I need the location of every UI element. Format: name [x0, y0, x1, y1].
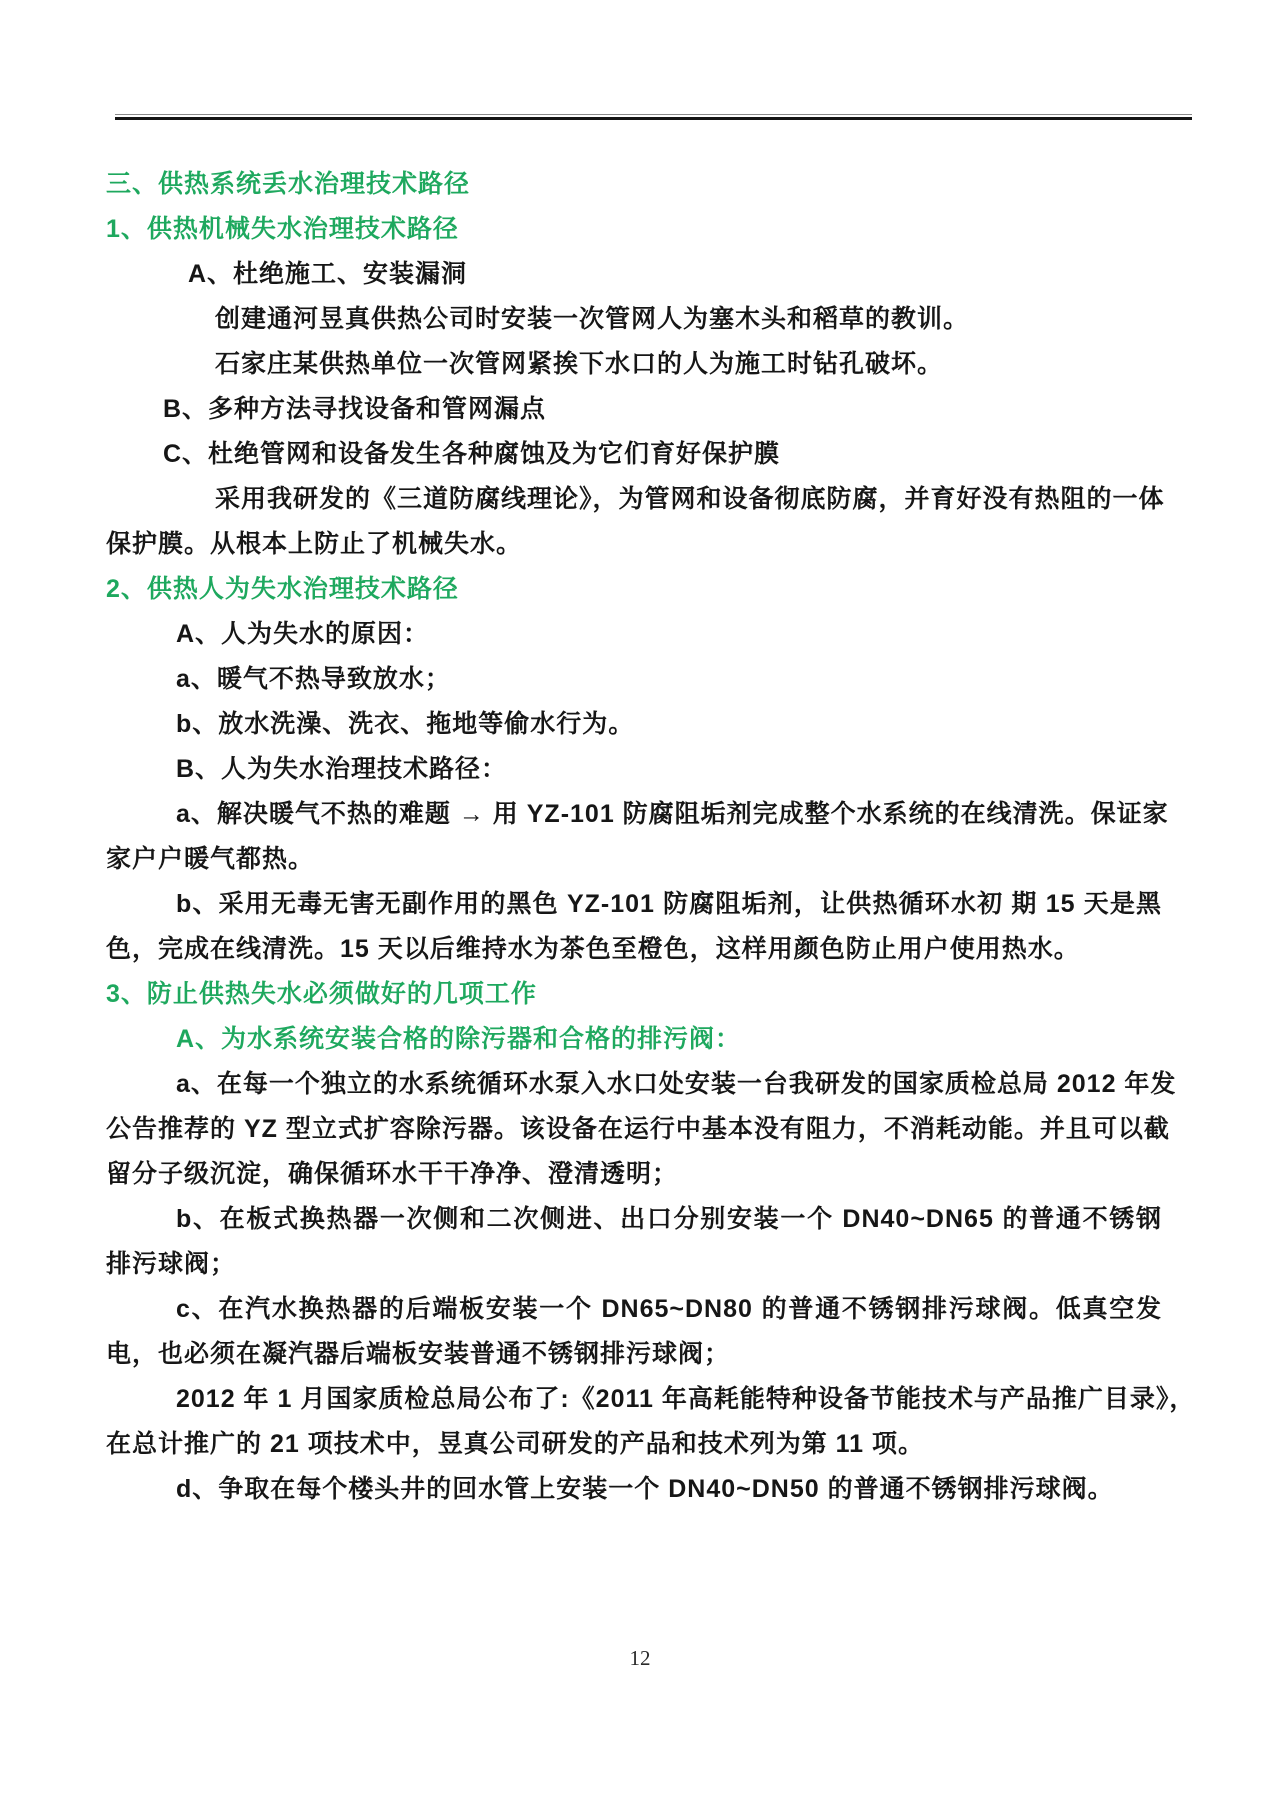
text-line: 采用我研发的《三道防腐线理论》，为管网和设备彻底防腐，并育好没有热阻的一体 — [215, 477, 1162, 522]
document-page: 三、供热系统丢水治理技术路径1、供热机械失水治理技术路径A、杜绝施工、安装漏洞创… — [0, 0, 1280, 1810]
text-line: A、人为失水的原因： — [176, 612, 429, 657]
text-line: 2012 年 1 月国家质检总局公布了:《2011 年高耗能特种设备节能技术与产… — [176, 1377, 1162, 1422]
text-line: 2、供热人为失水治理技术路径 — [106, 567, 459, 612]
text-line: a、在每一个独立的水系统循环水泵入水口处安装一台我研发的国家质检总局 2012 … — [176, 1062, 1162, 1107]
text-line: b、在板式换热器一次侧和二次侧进、出口分别安装一个 DN40~DN65 的普通不… — [176, 1197, 1162, 1242]
text-line: 家户户暖气都热。 — [106, 837, 314, 882]
text-line: 公告推荐的 YZ 型立式扩容除污器。该设备在运行中基本没有阻力，不消耗动能。并且… — [106, 1107, 1162, 1152]
text-line: 色，完成在线清洗。15 天以后维持水为茶色至橙色，这样用颜色防止用户使用热水。 — [106, 927, 1080, 972]
text-line: c、在汽水换热器的后端板安装一个 DN65~DN80 的普通不锈钢排污球阀。低真… — [176, 1287, 1162, 1332]
text-line: 在总计推广的 21 项技术中，昱真公司研发的产品和技术列为第 11 项。 — [106, 1422, 924, 1467]
text-line: A、杜绝施工、安装漏洞 — [188, 252, 467, 297]
text-line: b、采用无毒无害无副作用的黑色 YZ-101 防腐阻垢剂，让供热循环水初 期 1… — [176, 882, 1162, 927]
text-line: 3、防止供热失水必须做好的几项工作 — [106, 972, 537, 1017]
text-line: 排污球阀； — [106, 1242, 236, 1287]
text-line: B、人为失水治理技术路径： — [176, 747, 507, 792]
text-line: a、暖气不热导致放水； — [176, 657, 451, 702]
text-line: 保护膜。从根本上防止了机械失水。 — [106, 522, 522, 567]
text-line: C、杜绝管网和设备发生各种腐蚀及为它们育好保护膜 — [163, 432, 780, 477]
text-line: b、放水洗澡、洗衣、拖地等偷水行为。 — [176, 702, 634, 747]
page-number: 12 — [0, 1646, 1280, 1671]
text-line: 石家庄某供热单位一次管网紧挨下水口的人为施工时钻孔破坏。 — [215, 342, 943, 387]
text-line: A、为水系统安装合格的除污器和合格的排污阀： — [176, 1017, 741, 1062]
header-rule — [115, 114, 1192, 120]
text-line: 创建通河昱真供热公司时安装一次管网人为塞木头和稻草的教训。 — [215, 297, 969, 342]
text-line: 留分子级沉淀，确保循环水干干净净、澄清透明； — [106, 1152, 678, 1197]
text-line: a、解决暖气不热的难题 → 用 YZ-101 防腐阻垢剂完成整个水系统的在线清洗… — [176, 792, 1162, 837]
text-line: 电，也必须在凝汽器后端板安装普通不锈钢排污球阀； — [106, 1332, 730, 1377]
text-line: 1、供热机械失水治理技术路径 — [106, 207, 459, 252]
text-line: B、多种方法寻找设备和管网漏点 — [163, 387, 546, 432]
text-line: d、争取在每个楼头井的回水管上安装一个 DN40~DN50 的普通不锈钢排污球阀… — [176, 1467, 1114, 1512]
text-line: 三、供热系统丢水治理技术路径 — [106, 162, 470, 207]
